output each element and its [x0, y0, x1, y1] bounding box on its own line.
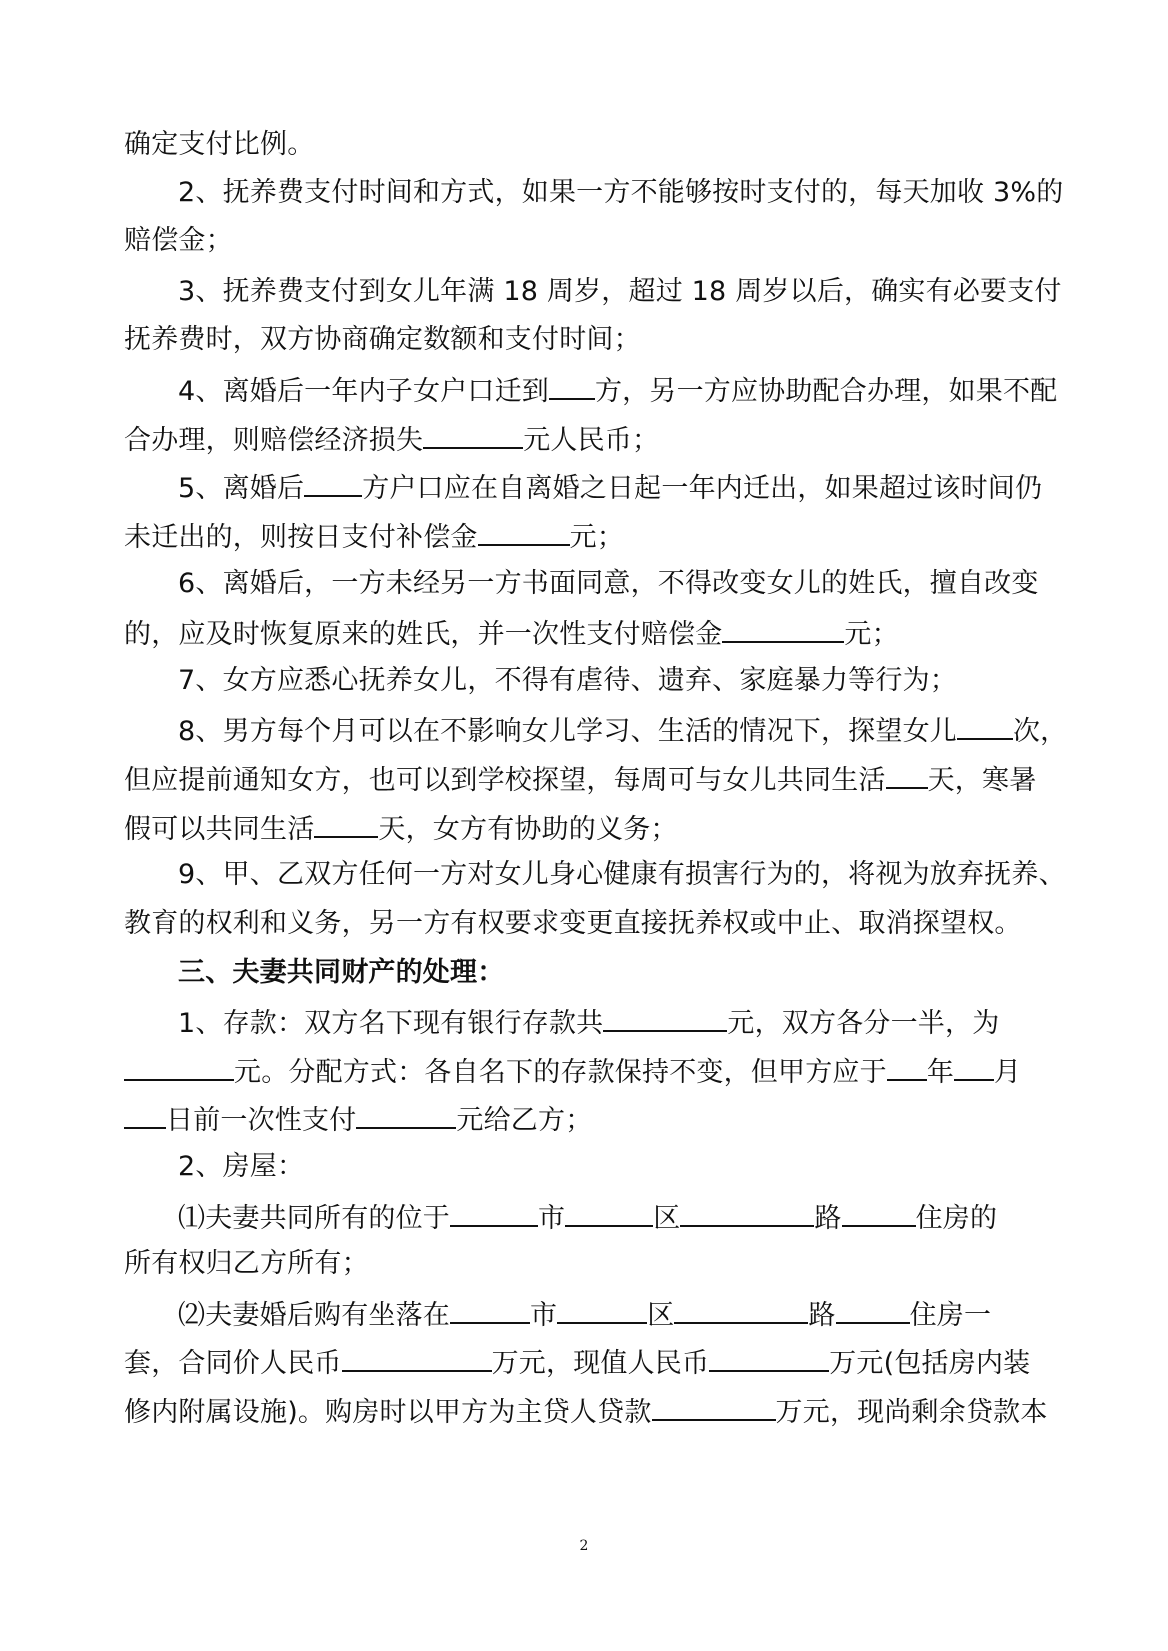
text-line: 2、房屋： — [178, 1150, 304, 1184]
fill-blank[interactable] — [549, 372, 595, 400]
fill-blank[interactable] — [124, 1053, 234, 1081]
text-line: 7、女方应悉心抚养女儿，不得有虐待、遗弃、家庭暴力等行为； — [178, 664, 957, 698]
fill-blank[interactable] — [314, 810, 378, 838]
fill-blank[interactable] — [709, 1344, 829, 1372]
fill-blank[interactable] — [722, 615, 844, 643]
text-line: 确定支付比例。 — [124, 128, 314, 162]
fill-blank[interactable] — [957, 712, 1013, 740]
text-line: 6、离婚后，一方未经另一方书面同意，不得改变女儿的姓氏，擅自改变 — [178, 567, 1039, 601]
text-line: ⑴夫妻共同所有的位于市区路住房的 — [178, 1199, 997, 1236]
fill-blank[interactable] — [680, 1199, 814, 1227]
page-number: 2 — [0, 1538, 1168, 1554]
text-line: 假可以共同生活天，女方有协助的义务； — [124, 810, 678, 847]
fill-blank[interactable] — [342, 1344, 492, 1372]
text-line: 日前一次性支付元给乙方； — [124, 1101, 592, 1138]
text-line: 赔偿金； — [124, 224, 233, 258]
fill-blank[interactable] — [356, 1101, 456, 1129]
fill-blank[interactable] — [565, 1199, 653, 1227]
text-line: 修内附属设施)。购房时以甲方为主贷人贷款万元，现尚剩余贷款本 — [124, 1393, 1048, 1430]
fill-blank[interactable] — [478, 518, 570, 546]
fill-blank[interactable] — [887, 1053, 927, 1081]
fill-blank[interactable] — [652, 1393, 776, 1421]
fill-blank[interactable] — [450, 1296, 530, 1324]
fill-blank[interactable] — [603, 1004, 727, 1032]
text-line: 抚养费时，双方协商确定数额和支付时间； — [124, 323, 641, 357]
fill-blank[interactable] — [674, 1296, 808, 1324]
text-line: 所有权归乙方所有； — [124, 1247, 369, 1281]
text-line: 未迁出的，则按日支付补偿金元； — [124, 518, 624, 555]
fill-blank[interactable] — [450, 1199, 538, 1227]
text-line: 的，应及时恢复原来的姓氏，并一次性支付赔偿金元； — [124, 615, 899, 652]
text-line: ⑵夫妻婚后购有坐落在市区路住房一 — [178, 1296, 991, 1333]
fill-blank[interactable] — [836, 1296, 910, 1324]
fill-blank[interactable] — [842, 1199, 916, 1227]
text-line: 5、离婚后方户口应在自离婚之日起一年内迁出，如果超过该时间仍 — [178, 469, 1042, 506]
text-line: 套，合同价人民币万元，现值人民币万元(包括房内装 — [124, 1344, 1030, 1381]
fill-blank[interactable] — [423, 421, 523, 449]
text-line: 教育的权利和义务，另一方有权要求变更直接抚养权或中止、取消探望权。 — [124, 907, 1022, 941]
text-line: 元。分配方式：各自名下的存款保持不变，但甲方应于年月 — [124, 1053, 1021, 1090]
text-line: 但应提前通知女方，也可以到学校探望，每周可与女儿共同生活天，寒暑 — [124, 761, 1036, 798]
text-line: 9、甲、乙双方任何一方对女儿身心健康有损害行为的，将视为放弃抚养、 — [178, 858, 1066, 892]
text-line: 2、抚养费支付时间和方式，如果一方不能够按时支付的，每天加收 3%的 — [178, 176, 1063, 210]
fill-blank[interactable] — [557, 1296, 647, 1324]
text-line: 合办理，则赔偿经济损失元人民币； — [124, 421, 659, 458]
fill-blank[interactable] — [304, 469, 362, 497]
text-line: 8、男方每个月可以在不影响女儿学习、生活的情况下，探望女儿次， — [178, 712, 1067, 749]
document-page: 确定支付比例。 2、抚养费支付时间和方式，如果一方不能够按时支付的，每天加收 3… — [0, 0, 1168, 1651]
section-heading: 三、夫妻共同财产的处理： — [178, 956, 504, 990]
text-line: 4、离婚后一年内子女户口迁到方，另一方应协助配合办理，如果不配 — [178, 372, 1057, 409]
fill-blank[interactable] — [886, 761, 928, 789]
fill-blank[interactable] — [124, 1101, 166, 1129]
text-line: 3、抚养费支付到女儿年满 18 周岁，超过 18 周岁以后，确实有必要支付 — [178, 275, 1062, 309]
text-line: 1、存款：双方名下现有银行存款共元，双方各分一半，为 — [178, 1004, 999, 1041]
fill-blank[interactable] — [954, 1053, 994, 1081]
